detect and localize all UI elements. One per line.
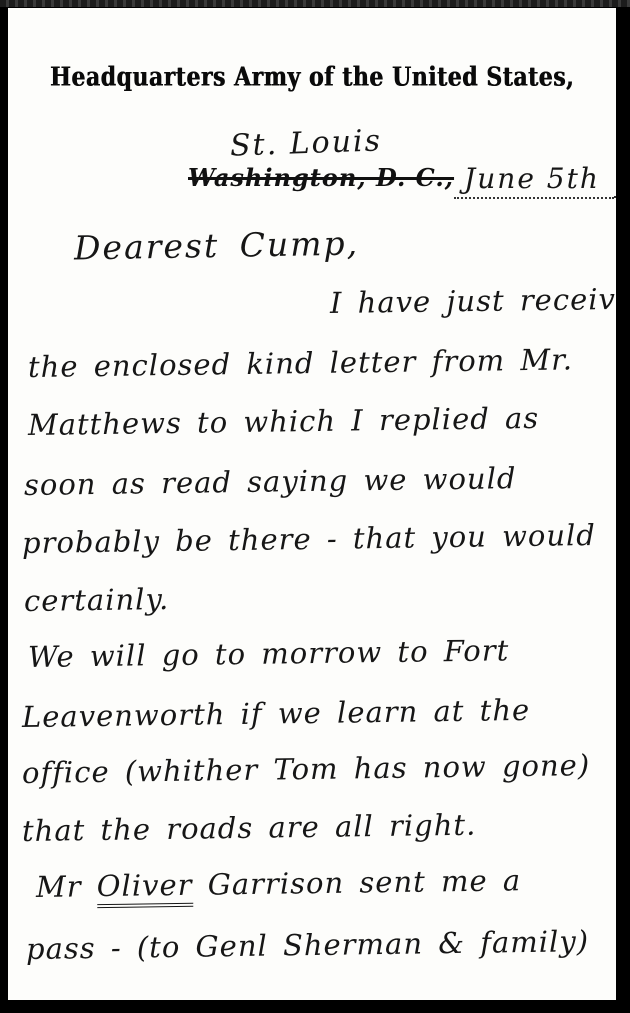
letter-line: office (whither Tom has now gone) xyxy=(22,748,591,790)
letter-line: Matthews to which I replied as xyxy=(28,401,540,442)
name-line-prefix: Mr xyxy=(36,869,97,904)
printed-place-struck: Washington, D. C., xyxy=(188,163,454,192)
letter-line-opening: I have just receivd xyxy=(330,282,616,320)
letter-line: Leavenworth if we learn at the xyxy=(22,693,531,734)
letter-line: that the roads are all right. xyxy=(22,808,477,848)
salutation: Dearest Cump, xyxy=(74,224,360,268)
letter-line: certainly. xyxy=(24,582,170,618)
scan-top-edge xyxy=(0,0,630,7)
scanned-letter: Headquarters Army of the United States, … xyxy=(0,0,630,1013)
letter-line-closing: pass - (to Genl Sherman & family) xyxy=(26,924,589,966)
name-line-underlined: Oliver xyxy=(97,868,193,908)
letter-line: soon as read saying we would xyxy=(24,461,517,502)
letter-line: probably be there - that you would xyxy=(22,518,596,560)
handwritten-date: June 5th xyxy=(454,162,614,199)
name-line-suffix: Garrison sent me a xyxy=(192,863,521,902)
printed-year-prefix: 187 xyxy=(614,169,616,198)
letter-line: the enclosed kind letter from Mr. xyxy=(28,342,573,384)
dateline: Washington, D. C.,June 5th1877 xyxy=(188,160,616,197)
letterhead-title: Headquarters Army of the United States, xyxy=(8,62,616,93)
letter-line-name: Mr Oliver Garrison sent me a xyxy=(36,863,522,904)
letter-line: We will go to morrow to Fort xyxy=(28,633,510,674)
letter-page: Headquarters Army of the United States, … xyxy=(8,8,616,1000)
handwritten-place: St. Louis xyxy=(229,123,382,163)
